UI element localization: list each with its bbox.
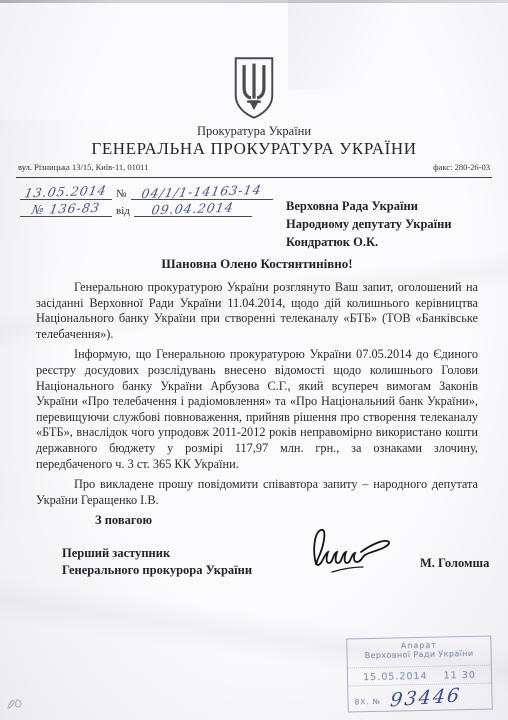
reference-block: 13.05.2014 № 04/1/1-14163-14 № 136-83 ві… [20, 183, 288, 217]
vid-label: від [112, 205, 134, 217]
signer-title-line1: Перший заступник [62, 545, 252, 562]
signer-name: М. Голомша [420, 556, 489, 571]
recipient-role: Народному депутату України [286, 215, 452, 233]
closing-regards: З повагою [95, 513, 152, 528]
registration-stamp: Апарат Верховної Ради України 15.05.2014… [346, 635, 493, 712]
signer-title-line2: Генерального прокурора України [62, 562, 252, 579]
incoming-number-handwritten: № 136-83 [31, 200, 102, 217]
scanned-letter-page: Прокуратура України ГЕНЕРАЛЬНА ПРОКУРАТУ… [0, 0, 508, 720]
agency-name-small: Прокуратура України [0, 124, 508, 139]
paper-crease [288, 0, 508, 90]
signer-title: Перший заступник Генерального прокурора … [62, 545, 252, 579]
letter-body: Генеральною прокуратурою України розглян… [36, 280, 478, 513]
agency-name-large: ГЕНЕРАЛЬНА ПРОКУРАТУРА УКРАЇНИ [0, 139, 508, 159]
ref-underline: № 136-83 [20, 201, 112, 217]
stamp-date: 15.05.2014 [363, 671, 428, 683]
ref-underline: 13.05.2014 [20, 184, 112, 200]
paragraph-3: Про викладене прошу повідомити співавтор… [36, 477, 478, 508]
salutation: Шановна Олено Костянтинівно! [36, 256, 478, 272]
stamp-incoming-label: ВХ. № [354, 698, 381, 711]
letterhead-contact-row: вул. Різницька 13/15, Київ-11, 01011 фак… [18, 162, 490, 172]
ref-underline: 09.04.2014 [134, 201, 252, 217]
paragraph-2: Інформую, що Генеральною прокуратурою Ук… [36, 347, 478, 472]
recipient-name: Кондратюк О.К. [286, 233, 452, 251]
agency-address: вул. Різницька 13/15, Київ-11, 01011 [18, 162, 148, 172]
ukraine-trident-emblem-icon [231, 56, 277, 125]
signature-scribble-icon [302, 524, 402, 583]
pencil-mark-icon [5, 695, 25, 716]
stamp-datetime: 15.05.2014 11 30 [348, 665, 491, 684]
stamp-time: 11 30 [444, 670, 476, 682]
letterhead-rule [16, 177, 492, 178]
number-sign-label: № [112, 188, 131, 200]
recipient-institution: Верховна Рада України [286, 197, 452, 215]
outgoing-date-handwritten: 13.05.2014 [24, 183, 109, 201]
ref-underline: 04/1/1-14163-14 [131, 184, 273, 200]
stamp-office-line2: Верховної Ради України [348, 649, 491, 661]
reference-row-outgoing: 13.05.2014 № 04/1/1-14163-14 [20, 183, 288, 200]
agency-fax: факс: 280-26-03 [433, 162, 490, 172]
scan-edge [0, 0, 508, 3]
paragraph-1: Генеральною прокуратурою України розглян… [36, 280, 478, 342]
stamp-incoming-row: ВХ. № 93446 [348, 683, 491, 711]
reference-row-incoming: № 136-83 від 09.04.2014 [20, 200, 288, 217]
stamp-incoming-number-handwritten: 93446 [389, 684, 462, 711]
incoming-date-handwritten: 09.04.2014 [150, 200, 235, 218]
outgoing-number-handwritten: 04/1/1-14163-14 [140, 182, 263, 201]
recipient-block: Верховна Рада України Народному депутату… [286, 197, 452, 251]
